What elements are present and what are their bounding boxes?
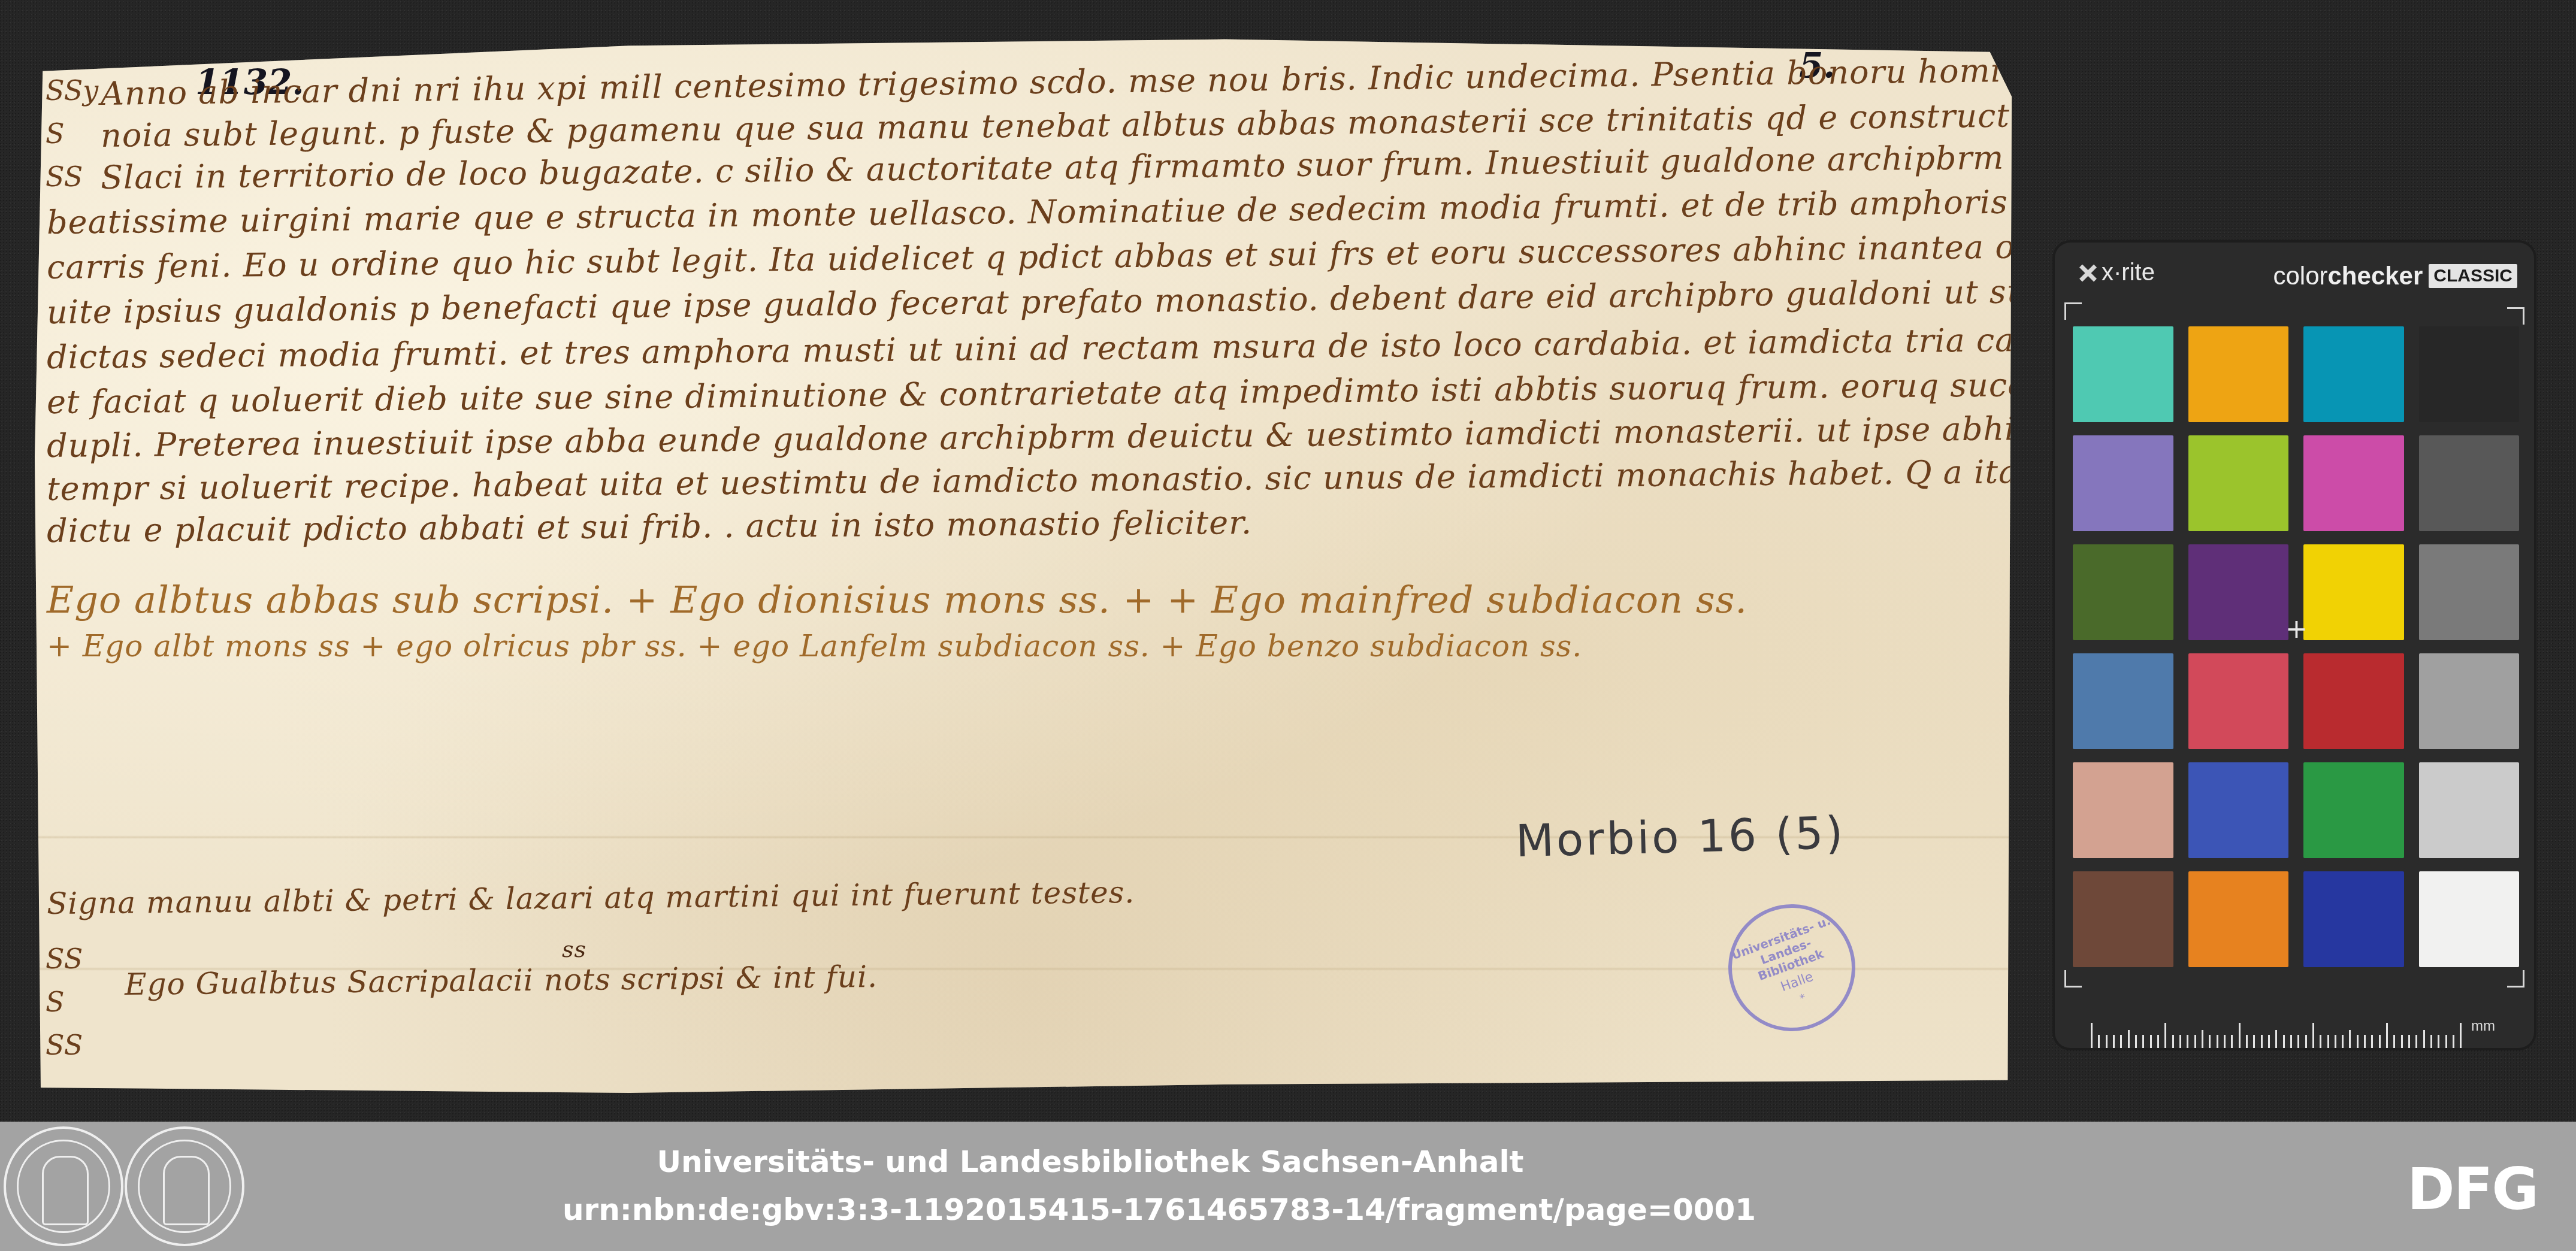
color-swatch: [2419, 762, 2520, 858]
ruler-tick: [2297, 1035, 2299, 1048]
color-swatch: [2073, 871, 2173, 967]
ruler-tick: [2453, 1035, 2454, 1048]
color-swatch: [2188, 544, 2289, 640]
ruler-tick: [2320, 1035, 2321, 1048]
millimeter-ruler: [2091, 1021, 2462, 1048]
urn-identifier[interactable]: urn:nbn:de:gbv:3:3-1192015415-1761465783…: [0, 1192, 2576, 1227]
manuscript-parchment: 1132. 5. SSy S SS Anno ab incar dni nri …: [35, 33, 2018, 1093]
crosshair-icon: +: [2285, 614, 2308, 644]
ruler-tick: [2386, 1023, 2388, 1048]
ruler-tick: [2202, 1030, 2203, 1048]
color-swatch: [2188, 871, 2289, 967]
color-swatch: [2188, 326, 2289, 422]
ruler-tick: [2364, 1035, 2366, 1048]
ruler-tick: [2342, 1035, 2344, 1048]
ruler-tick: [2113, 1035, 2115, 1048]
ruler-tick: [2393, 1035, 2395, 1048]
ruler-tick: [2327, 1035, 2329, 1048]
ruler-tick: [2401, 1035, 2403, 1048]
ruler-tick: [2408, 1035, 2410, 1048]
ruler-tick: [2120, 1035, 2122, 1048]
color-swatch: [2188, 435, 2289, 531]
registration-corner-icon: [2064, 302, 2082, 320]
ruler-tick: [2135, 1035, 2137, 1048]
margin-notes-top: SSy S SS: [46, 69, 98, 198]
ruler-tick: [2150, 1035, 2152, 1048]
color-swatch: [2419, 326, 2520, 422]
color-swatch: [2419, 544, 2520, 640]
ruler-tick: [2098, 1035, 2100, 1048]
pencil-shelfmark: Morbio 16 (5): [1515, 807, 1846, 867]
dfg-logo: DFG: [2407, 1156, 2538, 1223]
registration-corner-icon: [2064, 970, 2082, 988]
witness-line: Signa manuu albti & petri & lazari atq m…: [47, 875, 1135, 921]
ruler-tick: [2217, 1035, 2218, 1048]
ruler-tick: [2157, 1035, 2159, 1048]
ruler-tick: [2209, 1035, 2211, 1048]
ruler-tick: [2187, 1035, 2188, 1048]
color-swatch: [2419, 653, 2520, 749]
ruler-tick: [2128, 1030, 2130, 1048]
ruler-tick: [2091, 1023, 2093, 1048]
ruler-tick: [2246, 1035, 2248, 1048]
color-swatch: [2188, 762, 2289, 858]
ruler-tick: [2164, 1023, 2166, 1048]
margin-notes-bottom: SS S SS: [46, 937, 83, 1067]
xrite-logo-icon: [2079, 264, 2097, 282]
ruler-tick: [2239, 1023, 2241, 1048]
stamp-star-icon: *: [1798, 992, 1808, 1005]
ruler-tick: [2379, 1035, 2381, 1048]
ruler-tick: [2335, 1035, 2336, 1048]
ruler-tick: [2290, 1035, 2292, 1048]
color-swatch: [2303, 326, 2404, 422]
ruler-tick: [2445, 1035, 2447, 1048]
color-swatch: [2303, 871, 2404, 967]
color-swatch: [2073, 544, 2173, 640]
ruler-tick: [2423, 1030, 2425, 1048]
ruler-tick: [2415, 1035, 2417, 1048]
ruler-tick: [2357, 1035, 2359, 1048]
ruler-tick: [2142, 1035, 2144, 1048]
ruler-tick: [2261, 1035, 2263, 1048]
ruler-tick: [2268, 1035, 2270, 1048]
xrite-brand: x·rite: [2079, 259, 2155, 286]
subscription-line: + Ego albt mons ss + ego olricus pbr ss.…: [47, 629, 1582, 664]
ruler-tick: [2179, 1035, 2181, 1048]
institution-name: Universitäts- und Landesbibliothek Sachs…: [0, 1144, 2576, 1179]
ruler-tick: [2224, 1035, 2226, 1048]
library-footer: Universitäts- und Landesbibliothek Sachs…: [0, 1122, 2576, 1251]
color-swatch: [2303, 435, 2404, 531]
color-swatch: [2419, 435, 2520, 531]
color-swatch: [2073, 435, 2173, 531]
registration-corner-icon: [2507, 307, 2524, 325]
color-swatch: [2073, 762, 2173, 858]
ruler-unit-label: mm: [2471, 1018, 2495, 1035]
ruler-tick: [2253, 1035, 2255, 1048]
color-swatch: [2419, 871, 2520, 967]
color-swatch-grid: [2073, 326, 2519, 967]
classic-badge: CLASSIC: [2429, 264, 2517, 288]
ruler-tick: [2438, 1035, 2439, 1048]
text-line: dictu e placuit pdicto abbati et sui fri…: [47, 504, 1253, 550]
color-swatch: [2073, 326, 2173, 422]
notary-superscript: ss: [562, 936, 586, 962]
color-swatch: [2188, 653, 2289, 749]
ruler-tick: [2283, 1035, 2285, 1048]
ruler-tick: [2312, 1023, 2314, 1048]
ruler-tick: [2349, 1030, 2351, 1048]
ruler-tick: [2305, 1035, 2307, 1048]
ruler-tick: [2172, 1035, 2174, 1048]
color-swatch: [2303, 762, 2404, 858]
ruler-tick: [2371, 1035, 2373, 1048]
subscription-line: Ego albtus abbas sub scripsi. + Ego dion…: [47, 578, 1747, 622]
registration-corner-icon: [2507, 970, 2524, 988]
color-swatch: [2073, 653, 2173, 749]
notary-line: Ego Gualbtus Sacripalacii nots scripsi &…: [125, 959, 878, 1002]
color-swatch: [2303, 544, 2404, 640]
ruler-tick: [2231, 1035, 2233, 1048]
ruler-tick: [2460, 1023, 2462, 1048]
color-checker-card: x·rite color checker CLASSIC + mm: [2055, 243, 2534, 1048]
color-swatch: [2303, 653, 2404, 749]
ruler-tick: [2275, 1030, 2277, 1048]
ruler-tick: [2194, 1035, 2196, 1048]
ruler-tick: [2430, 1035, 2432, 1048]
colorchecker-title: color checker CLASSIC: [2273, 262, 2517, 290]
ruler-tick: [2106, 1035, 2108, 1048]
